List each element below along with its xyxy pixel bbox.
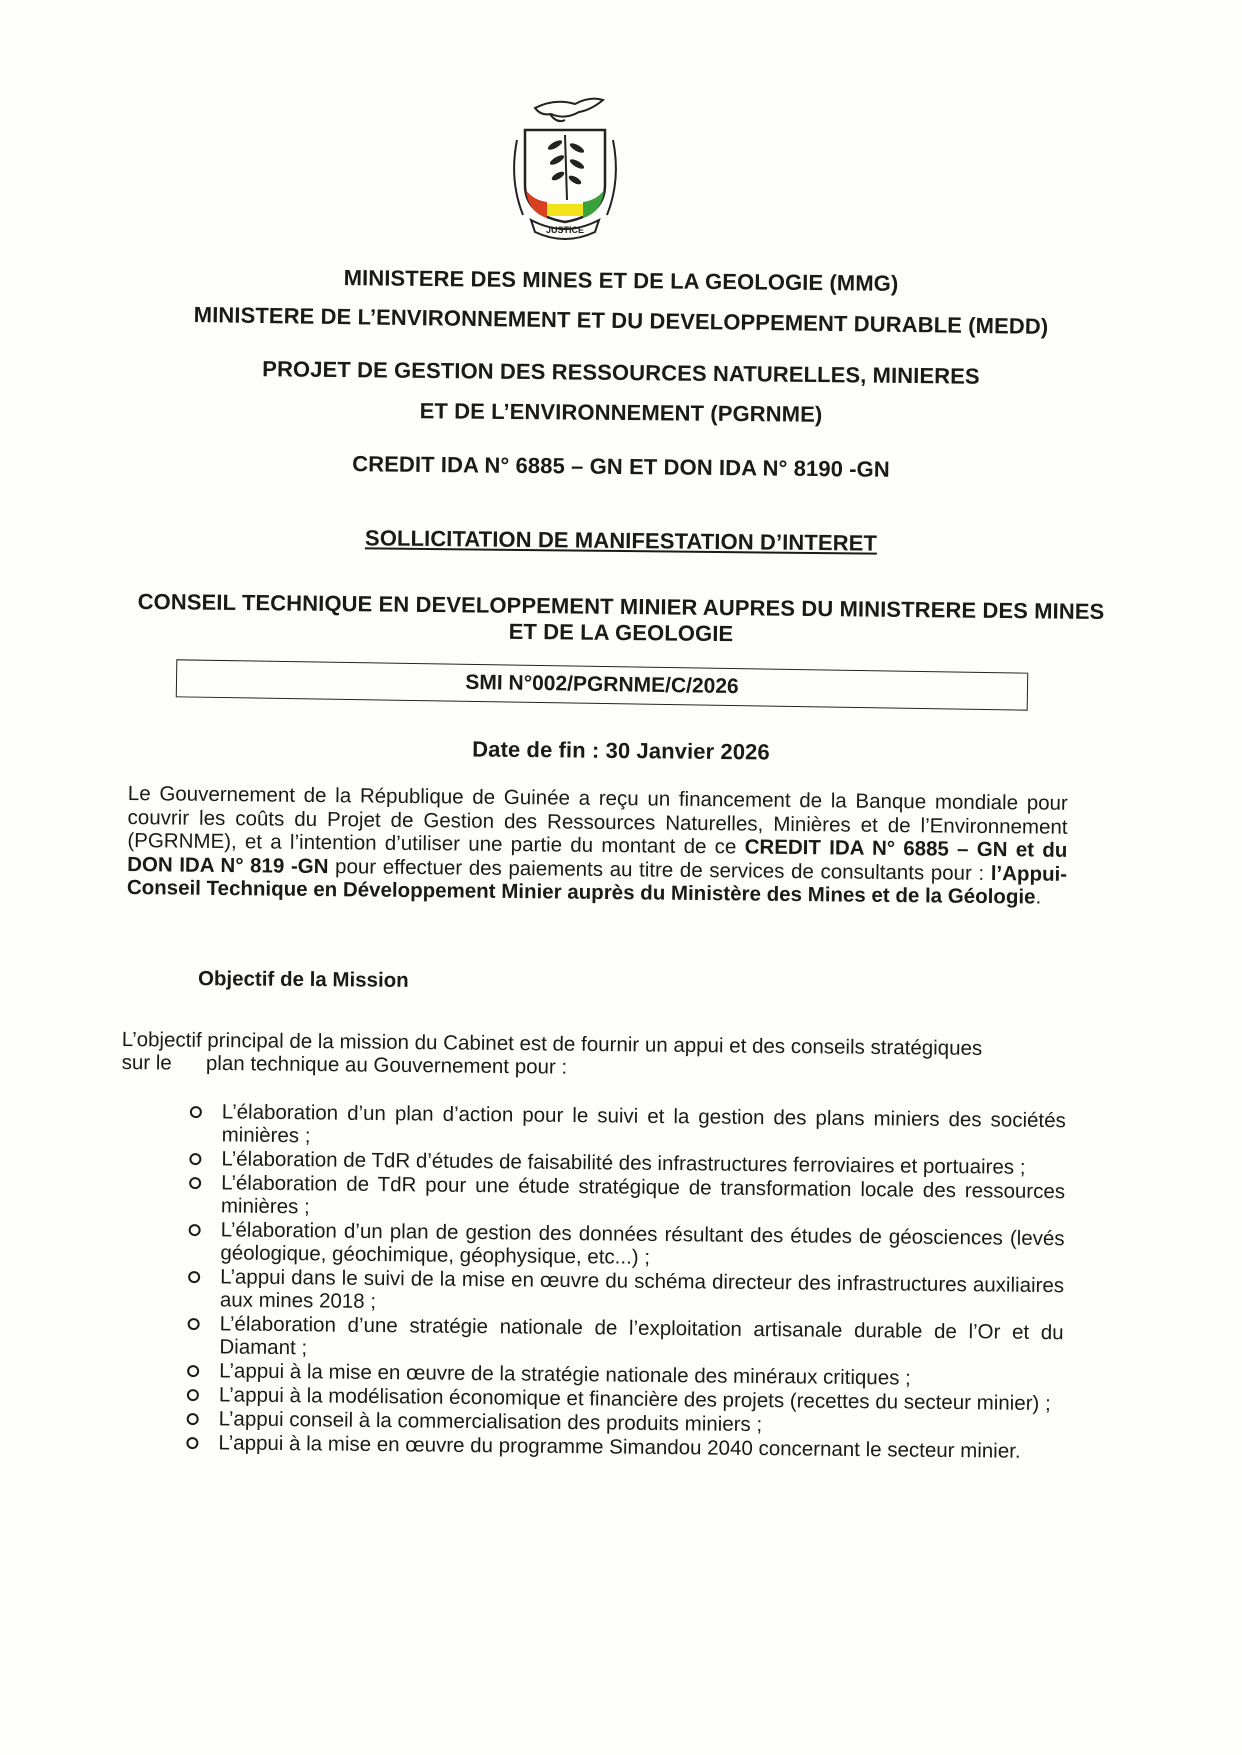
circle-bullet-icon bbox=[189, 1177, 201, 1189]
list-item: L’élaboration d’un plan d’action pour le… bbox=[186, 1100, 1066, 1155]
svg-text:JUSTICE: JUSTICE bbox=[546, 225, 584, 235]
credit-reference: CREDIT IDA N° 6885 – GN ET DON IDA N° 81… bbox=[0, 447, 1242, 486]
circle-bullet-icon bbox=[187, 1365, 199, 1377]
intro-paragraph: Le Gouvernement de la République de Guin… bbox=[127, 782, 1068, 909]
deadline: Date de fin : 30 Janvier 2026 bbox=[0, 731, 1242, 770]
objective-title: Objectif de la Mission bbox=[198, 967, 409, 993]
circle-bullet-icon bbox=[188, 1318, 200, 1330]
circle-bullet-icon bbox=[187, 1389, 199, 1401]
list-item: L’élaboration d’une stratégie nationale … bbox=[183, 1312, 1063, 1367]
objective-list: L’élaboration d’un plan d’action pour le… bbox=[182, 1100, 1066, 1464]
circle-bullet-icon bbox=[188, 1271, 200, 1283]
circle-bullet-icon bbox=[189, 1153, 201, 1165]
project-heading-line-2: ET DE L’ENVIRONNEMENT (PGRNME) bbox=[0, 395, 1242, 432]
ministry-mines-heading: MINISTERE DES MINES ET DE LA GEOLOGIE (M… bbox=[0, 261, 1242, 300]
objective-text: L’objectif principal de la mission du Ca… bbox=[122, 1028, 1072, 1084]
circle-bullet-icon bbox=[186, 1437, 198, 1449]
ministry-environment-heading: MINISTERE DE L’ENVIRONNEMENT ET DU DEVEL… bbox=[0, 299, 1242, 342]
list-item: L’élaboration de TdR pour une étude stra… bbox=[185, 1171, 1065, 1226]
smi-reference-box: SMI N°002/PGRNME/C/2026 bbox=[176, 659, 1028, 710]
list-item: L’appui dans le suivi de la mise en œuvr… bbox=[184, 1265, 1064, 1320]
smi-reference: SMI N°002/PGRNME/C/2026 bbox=[465, 671, 739, 699]
circle-bullet-icon bbox=[189, 1224, 201, 1236]
project-heading-line-1: PROJET DE GESTION DES RESSOURCES NATUREL… bbox=[0, 353, 1242, 392]
solicitation-title: SOLLICITATION DE MANIFESTATION D’INTERET bbox=[0, 521, 1242, 560]
coat-of-arms-icon: JUSTICE bbox=[495, 90, 635, 240]
document-page: JUSTICE MINISTERE DES MINES ET DE LA GEO… bbox=[0, 0, 1242, 1755]
circle-bullet-icon bbox=[190, 1106, 202, 1118]
list-item: L’élaboration d’un plan de gestion des d… bbox=[184, 1218, 1064, 1273]
circle-bullet-icon bbox=[187, 1413, 199, 1425]
